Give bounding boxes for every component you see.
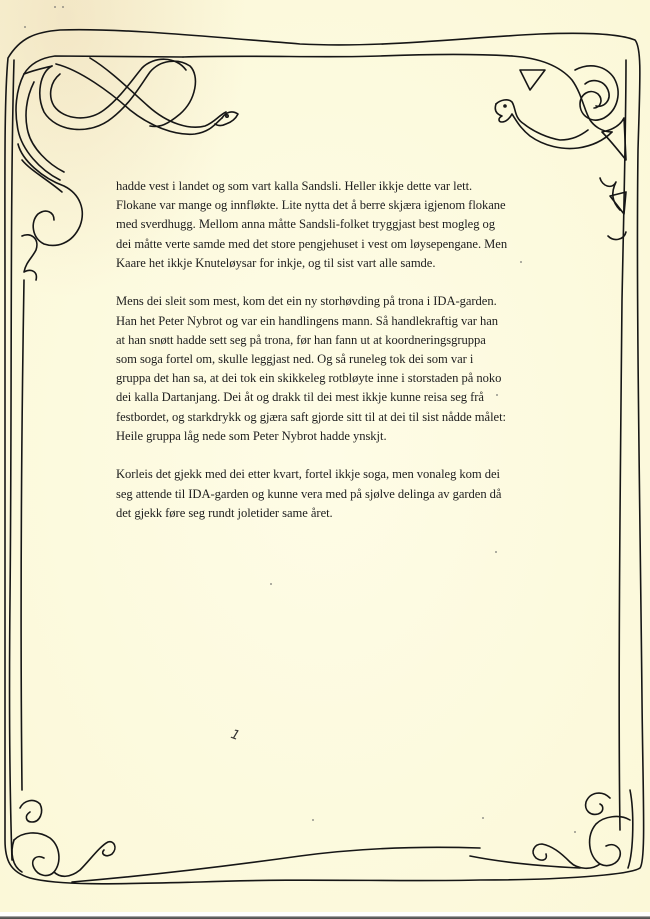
text-line: festbordet, og starkdrykk og gjæra saft … (116, 408, 546, 427)
text-line: at han snøtt hadde sett seg på trona, fø… (116, 331, 546, 350)
scan-speck (574, 831, 576, 833)
document-body: hadde vest i landet og som vart kalla Sa… (116, 177, 546, 542)
text-line: Han het Peter Nybrot og var ein handling… (116, 312, 546, 331)
paragraph-3: Korleis det gjekk med dei etter kvart, f… (116, 465, 546, 523)
paragraph-1: hadde vest i landet og som vart kalla Sa… (116, 177, 546, 273)
text-line: Heile gruppa låg nede som Peter Nybrot h… (116, 427, 546, 446)
interlaced-serpent-knot-icon (16, 56, 238, 180)
scan-speck (496, 394, 498, 396)
scanned-page: hadde vest i landet og som vart kalla Sa… (0, 0, 650, 912)
text-line: dei kalla Dartanjang. Dei åt og drakk ti… (116, 388, 546, 407)
scan-speck (312, 819, 314, 821)
bottom-right-scroll-curl-icon (470, 790, 633, 868)
scan-speck (495, 551, 497, 553)
text-line: med sverdhugg. Mellom anna måtte Sandsli… (116, 215, 546, 234)
text-line: Korleis det gjekk med dei etter kvart, f… (116, 465, 546, 484)
scan-speck (270, 583, 272, 585)
scan-speck (54, 6, 56, 8)
bottom-left-scroll-curl-icon (12, 801, 480, 882)
scan-speck (482, 817, 484, 819)
paragraph-2: Mens dei sleit som mest, kom det ein ny … (116, 292, 546, 446)
scan-speck (520, 261, 522, 263)
text-line: Kaare het ikkje Knuteløysar for inkje, o… (116, 254, 546, 273)
text-line: som soga fortel om, skulle leggjast ned.… (116, 350, 546, 369)
text-line: gruppa det han sa, at dei tok ein skikke… (116, 369, 546, 388)
text-line: seg attende til IDA-garden og kunne vera… (116, 485, 546, 504)
scan-bottom-edge (0, 912, 650, 919)
scan-speck (62, 6, 64, 8)
text-line: Flokane var mange og innfløkte. Lite nyt… (116, 196, 546, 215)
scan-speck (382, 202, 384, 204)
text-line: Mens dei sleit som mest, kom det ein ny … (116, 292, 546, 311)
inner-top-line (183, 55, 512, 58)
scan-speck (24, 26, 26, 28)
text-line: hadde vest i landet og som vart kalla Sa… (116, 177, 546, 196)
text-line: det gjekk føre seg rundt joletider same … (116, 504, 546, 523)
left-spiral-icon (10, 60, 83, 860)
text-line: dei måtte verte samde med det store peng… (116, 235, 546, 254)
